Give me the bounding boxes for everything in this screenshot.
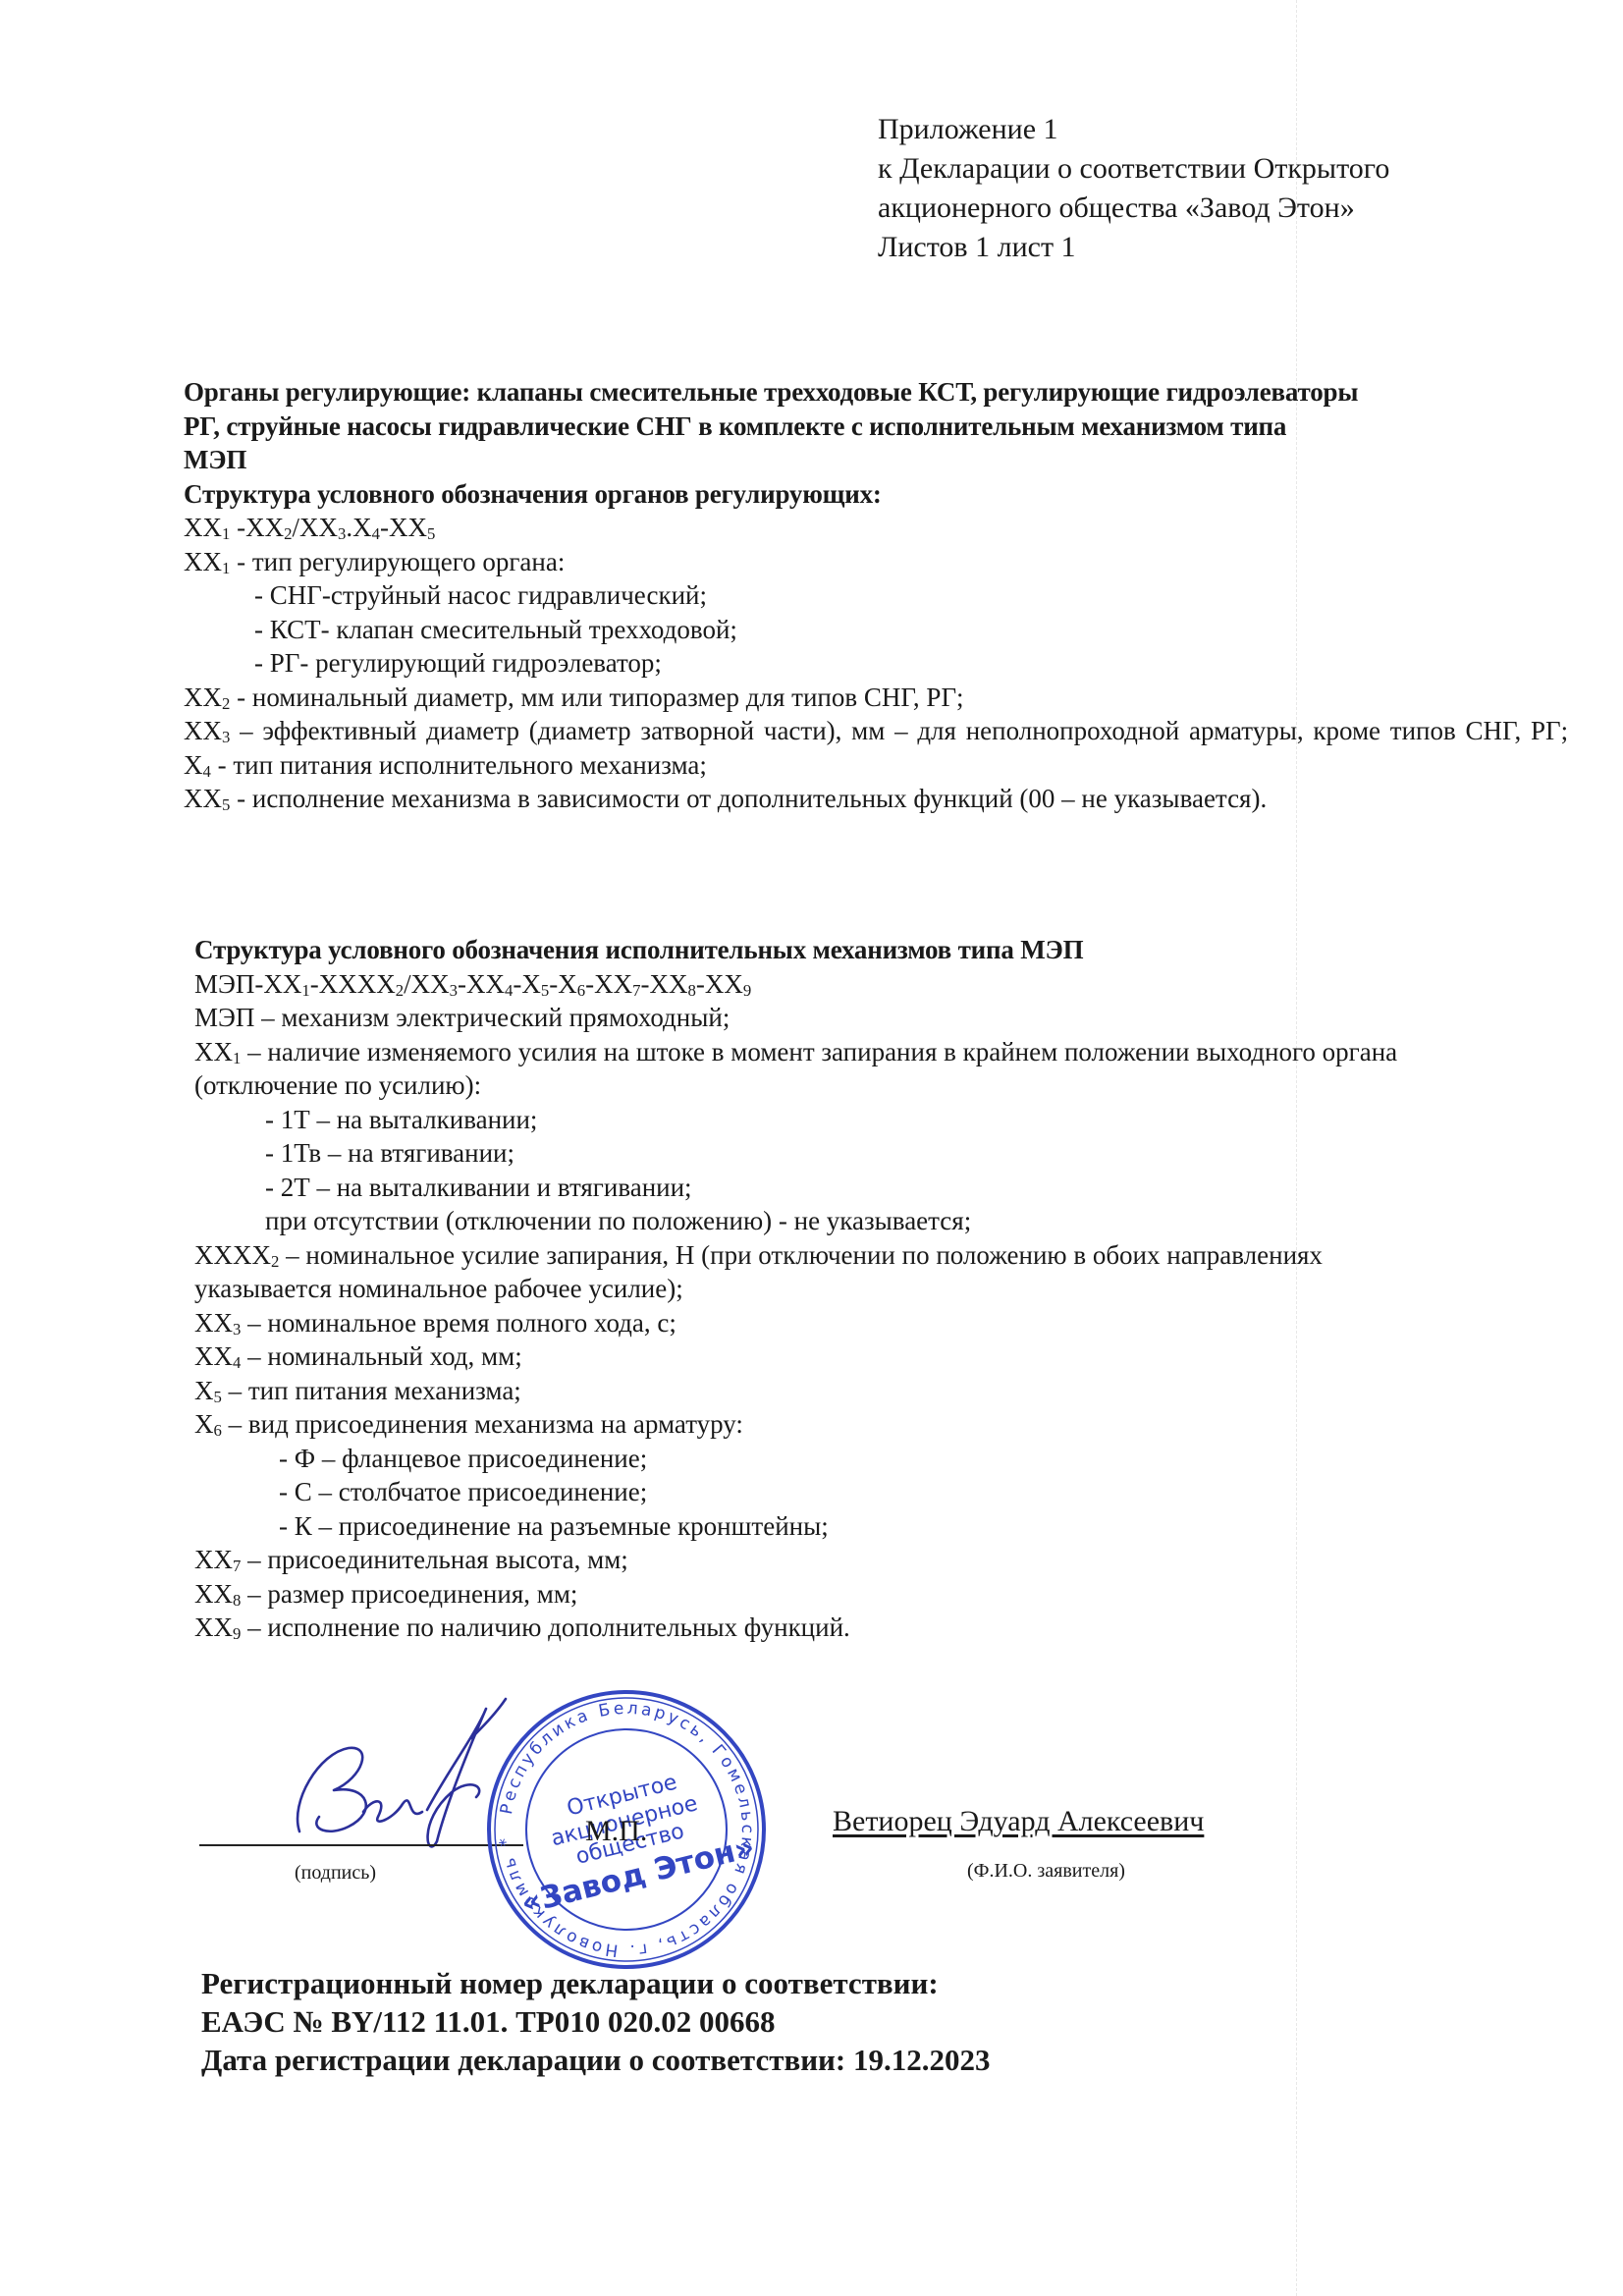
list-item: - РГ- регулирующий гидроэлеватор; <box>184 646 1588 681</box>
definition-xx9: XX9 – исполнение по наличию дополнительн… <box>194 1611 1598 1645</box>
registration-number: ЕАЭС № BY/112 11.01. ТР010 020.02 00668 <box>201 2002 991 2041</box>
definition-x4: X4 - тип питания исполнительного механиз… <box>184 748 1588 783</box>
appendix-line: акционерного общества «Завод Этон» <box>878 189 1389 228</box>
appendix-line: Приложение 1 <box>878 110 1389 149</box>
section-regulating-bodies: Органы регулирующие: клапаны смесительны… <box>184 375 1588 816</box>
definition-xx5: XX5 - исполнение механизма в зависимости… <box>184 782 1588 816</box>
list-item: - 1Тв – на втягивании; <box>194 1136 1598 1171</box>
definition-xx8: XX8 – размер присоединения, мм; <box>194 1577 1598 1612</box>
handwritten-signature <box>280 1694 515 1851</box>
definition-x6: X6 – вид присоединения механизма на арма… <box>194 1407 1598 1442</box>
appendix-line: Листов 1 лист 1 <box>878 228 1389 267</box>
applicant-caption: (Ф.И.О. заявителя) <box>967 1860 1125 1883</box>
definition-xxxx2-cont: указывается номинальное рабочее усилие); <box>194 1272 1598 1306</box>
list-item: - К – присоединение на разъемные кронште… <box>194 1509 1598 1544</box>
document-page: Приложение 1 к Декларации о соответствии… <box>0 0 1623 2296</box>
definition-xx3: XX3 – эффективный диаметр (диаметр затво… <box>184 714 1588 748</box>
list-item: - Ф – фланцевое присоединение; <box>194 1442 1598 1476</box>
signature-line <box>199 1844 523 1846</box>
definition-xx3: XX3 – номинальное время полного хода, с; <box>194 1306 1598 1340</box>
section-mep-mechanisms: Структура условного обозначения исполнит… <box>194 933 1598 1645</box>
definition-xx1: XX1 – наличие изменяемого усилия на шток… <box>194 1035 1598 1069</box>
definition-xx7: XX7 – присоединительная высота, мм; <box>194 1543 1598 1577</box>
registration-block: Регистрационный номер декларации о соотв… <box>201 1964 991 2079</box>
registration-date: Дата регистрации декларации о соответств… <box>201 2041 991 2079</box>
appendix-line: к Декларации о соответствии Открытого <box>878 149 1389 189</box>
definition-xx1: XX1 - тип регулирующего органа: <box>184 545 1588 579</box>
section-title-line: Органы регулирующие: клапаны смесительны… <box>184 375 1588 410</box>
seal-placeholder-label: М.П. <box>585 1815 647 1848</box>
registration-label: Регистрационный номер декларации о соотв… <box>201 1964 991 2002</box>
definition-mep: МЭП – механизм электрический прямоходный… <box>194 1001 1598 1035</box>
list-item: - С – столбчатое присоединение; <box>194 1475 1598 1509</box>
list-item: - 2Т – на выталкивании и втягивании; <box>194 1171 1598 1205</box>
list-item: - КСТ- клапан смесительный трехходовой; <box>184 613 1588 647</box>
definition-x5: X5 – тип питания механизма; <box>194 1374 1598 1408</box>
appendix-header: Приложение 1 к Декларации о соответствии… <box>878 110 1389 267</box>
section-title-line: МЭП <box>184 443 1588 477</box>
definition-xx4: XX4 – номинальный ход, мм; <box>194 1339 1598 1374</box>
signature-caption: (подпись) <box>295 1862 376 1885</box>
definition-xx1-cont: (отключение по усилию): <box>194 1068 1598 1103</box>
definition-xx2: XX2 - номинальный диаметр, мм или типора… <box>184 681 1588 715</box>
list-note: при отсутствии (отключении по положению)… <box>194 1204 1598 1238</box>
designation-formula: XX1 -XX2/XX3.X4-XX5 <box>184 511 1588 545</box>
section-title-line: РГ, струйные насосы гидравлические СНГ в… <box>184 410 1588 444</box>
section-heading: Структура условного обозначения исполнит… <box>194 933 1598 967</box>
structure-heading: Структура условного обозначения органов … <box>184 477 1588 512</box>
applicant-name: Ветиорец Эдуард Алексеевич <box>833 1805 1204 1838</box>
list-item: - СНГ-струйный насос гидравлический; <box>184 578 1588 613</box>
designation-formula: МЭП-XX1-XXXX2/XX3-XX4-X5-X6-XX7-XX8-XX9 <box>194 967 1598 1002</box>
definition-xxxx2: XXXX2 – номинальное усилие запирания, Н … <box>194 1238 1598 1273</box>
list-item: - 1Т – на выталкивании; <box>194 1103 1598 1137</box>
